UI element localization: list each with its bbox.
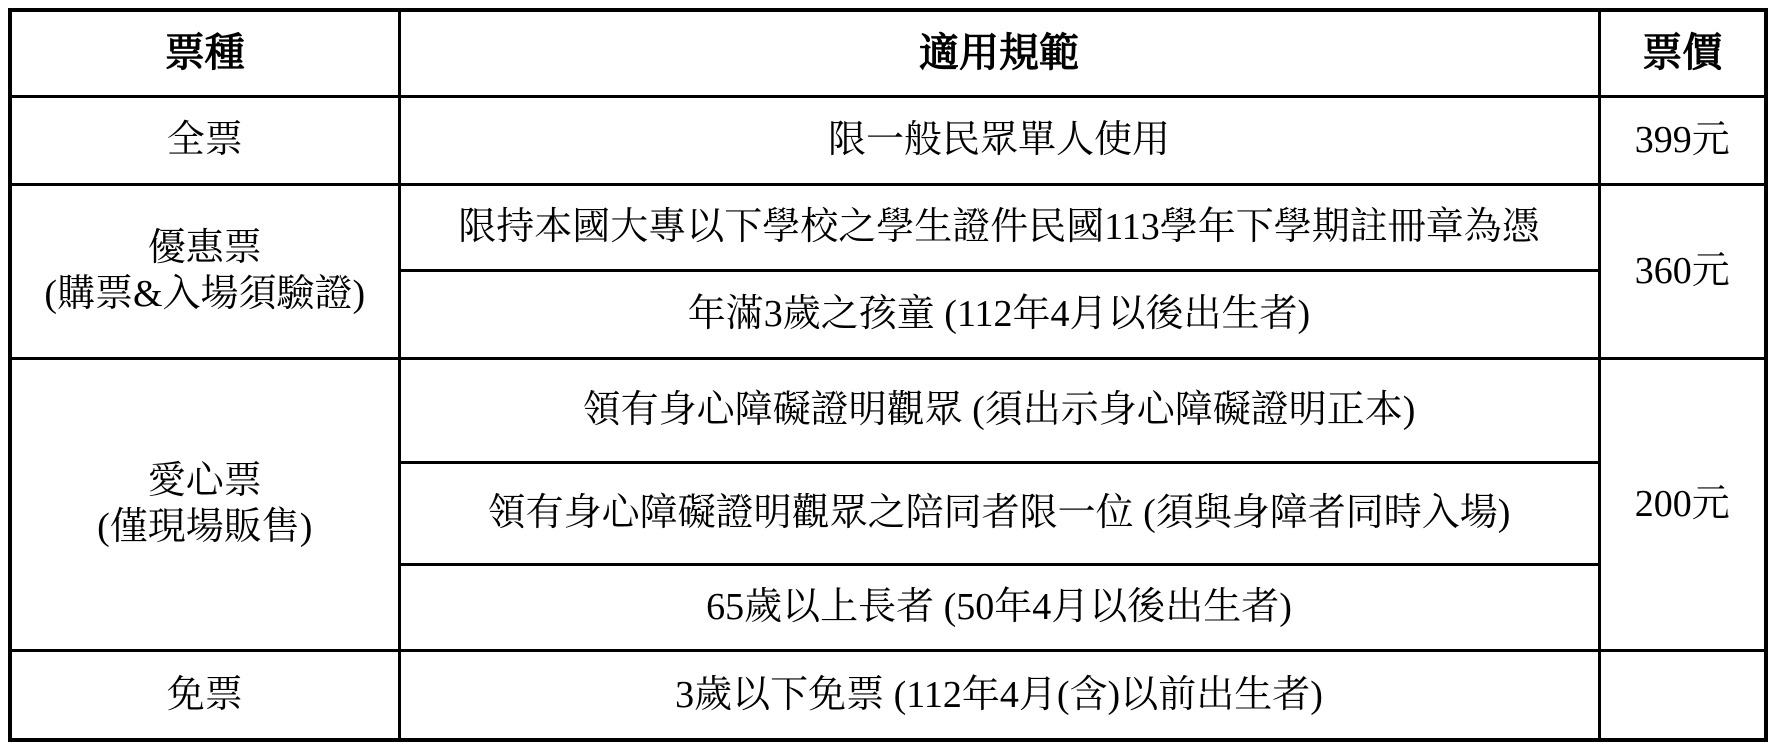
rule-care-companion: 領有身心障礙證明觀眾之陪同者限一位 (須與身障者同時入場) <box>399 462 1599 564</box>
ticket-type-discount: 優惠票 (購票&入場須驗證) <box>10 184 399 358</box>
price-care: 200元 <box>1599 358 1766 650</box>
col-header-price: 票價 <box>1599 10 1766 96</box>
ticket-type-care: 愛心票 (僅現場販售) <box>10 358 399 650</box>
table-row-free-ticket: 免票 3歲以下免票 (112年4月(含)以前出生者) <box>10 650 1766 740</box>
ticket-type-care-name: 愛心票 <box>24 458 386 504</box>
rule-full-general-public: 限一般民眾單人使用 <box>399 96 1599 184</box>
rule-discount-student: 限持本國大專以下學校之學生證件民國113學年下學期註冊章為憑 <box>399 184 1599 270</box>
table-row-discount-ticket-1: 優惠票 (購票&入場須驗證) 限持本國大專以下學校之學生證件民國113學年下學期… <box>10 184 1766 270</box>
rule-care-disability: 領有身心障礙證明觀眾 (須出示身心障礙證明正本) <box>399 358 1599 462</box>
header-row: 票種 適用規範 票價 <box>10 10 1766 96</box>
ticket-type-care-note: (僅現場販售) <box>24 504 386 550</box>
price-discount: 360元 <box>1599 184 1766 358</box>
ticket-type-discount-name: 優惠票 <box>24 225 386 271</box>
ticket-price-table: 票種 適用規範 票價 全票 限一般民眾單人使用 399元 優惠票 (購票&入場須… <box>8 8 1768 742</box>
ticket-type-free: 免票 <box>10 650 399 740</box>
rule-free-infant: 3歲以下免票 (112年4月(含)以前出生者) <box>399 650 1599 740</box>
rule-care-senior: 65歲以上長者 (50年4月以後出生者) <box>399 564 1599 650</box>
price-free <box>1599 650 1766 740</box>
ticket-type-full: 全票 <box>10 96 399 184</box>
ticket-type-discount-note: (購票&入場須驗證) <box>24 271 386 317</box>
table-row-full-ticket: 全票 限一般民眾單人使用 399元 <box>10 96 1766 184</box>
price-full: 399元 <box>1599 96 1766 184</box>
rule-discount-child: 年滿3歲之孩童 (112年4月以後出生者) <box>399 270 1599 358</box>
table-row-care-ticket-1: 愛心票 (僅現場販售) 領有身心障礙證明觀眾 (須出示身心障礙證明正本) 200… <box>10 358 1766 462</box>
col-header-ticket-type: 票種 <box>10 10 399 96</box>
col-header-rule: 適用規範 <box>399 10 1599 96</box>
